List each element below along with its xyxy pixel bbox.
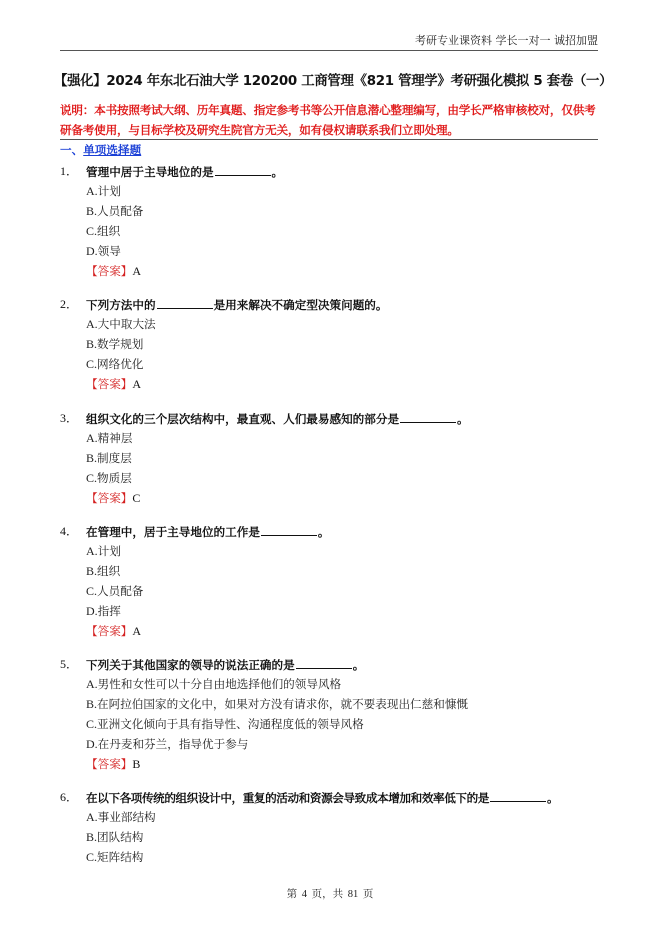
option-letter: C.: [86, 357, 97, 371]
answer-blank: [490, 787, 546, 802]
page-header: 考研专业课资料 学长一对一 诚招加盟: [60, 34, 598, 51]
answer-label: 【答案】: [86, 264, 132, 278]
answer-value: A: [132, 377, 141, 391]
option-b: B.人员配备: [86, 201, 646, 221]
option-text: 计划: [98, 544, 121, 558]
question-stem: 3． 组织文化的三个层次结构中，最直观、人们最易感知的部分是。: [60, 408, 620, 428]
option-a: A.事业部结构: [86, 807, 646, 827]
option-letter: C.: [86, 850, 97, 864]
question-3: 3． 组织文化的三个层次结构中，最直观、人们最易感知的部分是。 A.精神层 B.…: [60, 408, 620, 508]
option-letter: A.: [86, 677, 98, 691]
option-c: C.物质层: [86, 468, 646, 488]
stem-before: 下列关于其他国家的领导的说法正确的是: [86, 658, 295, 672]
option-letter: B.: [86, 337, 97, 351]
option-b: B.团队结构: [86, 827, 646, 847]
answer-line: 【答案】A: [86, 261, 646, 281]
answer-value: B: [132, 757, 140, 771]
option-b: B.制度层: [86, 448, 646, 468]
question-1: 1． 管理中居于主导地位的是。 A.计划 B.人员配备 C.组织 D.领导 【答…: [60, 161, 620, 281]
option-letter: D.: [86, 244, 98, 258]
option-text: 在阿拉伯国家的文化中，如果对方没有请求你，就不要表现出仁慈和慷慨: [97, 697, 468, 711]
answer-blank: [400, 408, 456, 423]
page-footer: 第 4 页，共 81 页: [0, 886, 660, 901]
answer-label: 【答案】: [86, 757, 132, 771]
option-text: 亚洲文化倾向于具有指导性、沟通程度低的领导风格: [97, 717, 364, 731]
option-text: 男性和女性可以十分自由地选择他们的领导风格: [98, 677, 341, 691]
question-text: 在以下各项传统的组织设计中，重复的活动和资源会导致成本增加和效率低下的是。: [86, 787, 558, 808]
stem-after: 。: [318, 525, 330, 539]
option-c: C.亚洲文化倾向于具有指导性、沟通程度低的领导风格: [86, 714, 646, 734]
stem-after: 。: [547, 791, 558, 805]
option-text: 组织: [97, 564, 120, 578]
stem-before: 在管理中，居于主导地位的工作是: [86, 525, 260, 539]
option-text: 物质层: [97, 471, 132, 485]
option-letter: A.: [86, 184, 98, 198]
option-text: 组织: [97, 224, 120, 238]
answer-blank: [157, 294, 213, 309]
answer-label: 【答案】: [86, 624, 132, 638]
section-heading: 一、单项选择题: [60, 142, 141, 158]
option-text: 矩阵结构: [97, 850, 143, 864]
option-a: A.大中取大法: [86, 314, 646, 334]
question-number: 1．: [60, 161, 86, 181]
answer-label: 【答案】: [86, 491, 132, 505]
option-letter: D.: [86, 737, 98, 751]
option-text: 大中取大法: [98, 317, 156, 331]
question-stem: 2． 下列方法中的是用来解决不确定型决策问题的。: [60, 294, 620, 314]
stem-before: 组织文化的三个层次结构中，最直观、人们最易感知的部分是: [86, 412, 399, 426]
document-title: 【强化】2024 年东北石油大学 120200 工商管理《821 管理学》考研强…: [54, 73, 610, 91]
option-letter: B.: [86, 830, 97, 844]
option-letter: C.: [86, 717, 97, 731]
question-2: 2． 下列方法中的是用来解决不确定型决策问题的。 A.大中取大法 B.数学规划 …: [60, 294, 620, 394]
option-a: A.计划: [86, 181, 646, 201]
option-text: 精神层: [98, 431, 133, 445]
answer-value: A: [132, 264, 141, 278]
option-letter: A.: [86, 317, 98, 331]
question-stem: 5． 下列关于其他国家的领导的说法正确的是。: [60, 654, 620, 674]
option-text: 制度层: [97, 451, 132, 465]
stem-after: 。: [272, 165, 284, 179]
disclaimer: 说明：本书按照考试大纲、历年真题、指定参考书等公开信息潜心整理编写，由学长严格审…: [60, 100, 600, 140]
option-a: A.男性和女性可以十分自由地选择他们的领导风格: [86, 674, 646, 694]
stem-after: 是用来解决不确定型决策问题的。: [214, 298, 388, 312]
option-letter: C.: [86, 224, 97, 238]
option-letter: D.: [86, 604, 98, 618]
question-5: 5． 下列关于其他国家的领导的说法正确的是。 A.男性和女性可以十分自由地选择他…: [60, 654, 620, 774]
option-text: 在丹麦和芬兰，指导优于参与: [98, 737, 249, 751]
question-number: 2．: [60, 294, 86, 314]
stem-before: 管理中居于主导地位的是: [86, 165, 214, 179]
question-number: 4．: [60, 521, 86, 541]
answer-blank: [215, 161, 271, 176]
answer-blank: [296, 654, 352, 669]
option-letter: B.: [86, 204, 97, 218]
option-d: D.指挥: [86, 601, 646, 621]
divider-line: [60, 139, 598, 140]
option-letter: B.: [86, 697, 97, 711]
question-stem: 6． 在以下各项传统的组织设计中，重复的活动和资源会导致成本增加和效率低下的是。: [60, 787, 620, 807]
question-text: 组织文化的三个层次结构中，最直观、人们最易感知的部分是。: [86, 408, 469, 429]
question-text: 管理中居于主导地位的是。: [86, 161, 283, 182]
option-letter: B.: [86, 564, 97, 578]
option-letter: C.: [86, 584, 97, 598]
option-text: 数学规划: [97, 337, 143, 351]
answer-label: 【答案】: [86, 377, 132, 391]
option-text: 指挥: [98, 604, 121, 618]
page-number-text: 第 4 页，共 81 页: [287, 889, 374, 900]
option-d: D.领导: [86, 241, 646, 261]
option-c: C.矩阵结构: [86, 847, 646, 867]
option-text: 计划: [98, 184, 121, 198]
option-text: 人员配备: [97, 204, 143, 218]
option-text: 团队结构: [97, 830, 143, 844]
option-a: A.计划: [86, 541, 646, 561]
question-stem: 1． 管理中居于主导地位的是。: [60, 161, 620, 181]
answer-value: A: [132, 624, 141, 638]
option-letter: A.: [86, 810, 98, 824]
answer-line: 【答案】A: [86, 621, 646, 641]
question-4: 4． 在管理中，居于主导地位的工作是。 A.计划 B.组织 C.人员配备 D.指…: [60, 521, 620, 641]
option-text: 领导: [98, 244, 121, 258]
header-text: 考研专业课资料 学长一对一 诚招加盟: [415, 34, 598, 47]
section-title: 单项选择题: [83, 143, 141, 157]
question-number: 6．: [60, 787, 86, 807]
question-text: 下列方法中的是用来解决不确定型决策问题的。: [86, 294, 388, 315]
option-c: C.组织: [86, 221, 646, 241]
option-text: 事业部结构: [98, 810, 156, 824]
answer-line: 【答案】B: [86, 754, 646, 774]
option-letter: A.: [86, 431, 98, 445]
option-d: D.在丹麦和芬兰，指导优于参与: [86, 734, 646, 754]
question-text: 在管理中，居于主导地位的工作是。: [86, 521, 330, 542]
answer-value: C: [132, 491, 140, 505]
option-b: B.组织: [86, 561, 646, 581]
option-b: B.数学规划: [86, 334, 646, 354]
option-text: 人员配备: [97, 584, 143, 598]
option-a: A.精神层: [86, 428, 646, 448]
option-text: 网络优化: [97, 357, 143, 371]
option-letter: B.: [86, 451, 97, 465]
section-prefix: 一、: [60, 143, 83, 157]
option-c: C.网络优化: [86, 354, 646, 374]
stem-before: 下列方法中的: [86, 298, 156, 312]
option-letter: C.: [86, 471, 97, 485]
question-stem: 4． 在管理中，居于主导地位的工作是。: [60, 521, 620, 541]
question-6: 6． 在以下各项传统的组织设计中，重复的活动和资源会导致成本增加和效率低下的是。…: [60, 787, 620, 867]
answer-line: 【答案】C: [86, 488, 646, 508]
question-text: 下列关于其他国家的领导的说法正确的是。: [86, 654, 364, 675]
question-number: 5．: [60, 654, 86, 674]
question-number: 3．: [60, 408, 86, 428]
option-c: C.人员配备: [86, 581, 646, 601]
answer-blank: [261, 521, 317, 536]
option-letter: A.: [86, 544, 98, 558]
stem-before: 在以下各项传统的组织设计中，重复的活动和资源会导致成本增加和效率低下的是: [86, 791, 489, 805]
stem-after: 。: [353, 658, 365, 672]
answer-line: 【答案】A: [86, 374, 646, 394]
stem-after: 。: [457, 412, 469, 426]
option-b: B.在阿拉伯国家的文化中，如果对方没有请求你，就不要表现出仁慈和慷慨: [86, 694, 646, 714]
